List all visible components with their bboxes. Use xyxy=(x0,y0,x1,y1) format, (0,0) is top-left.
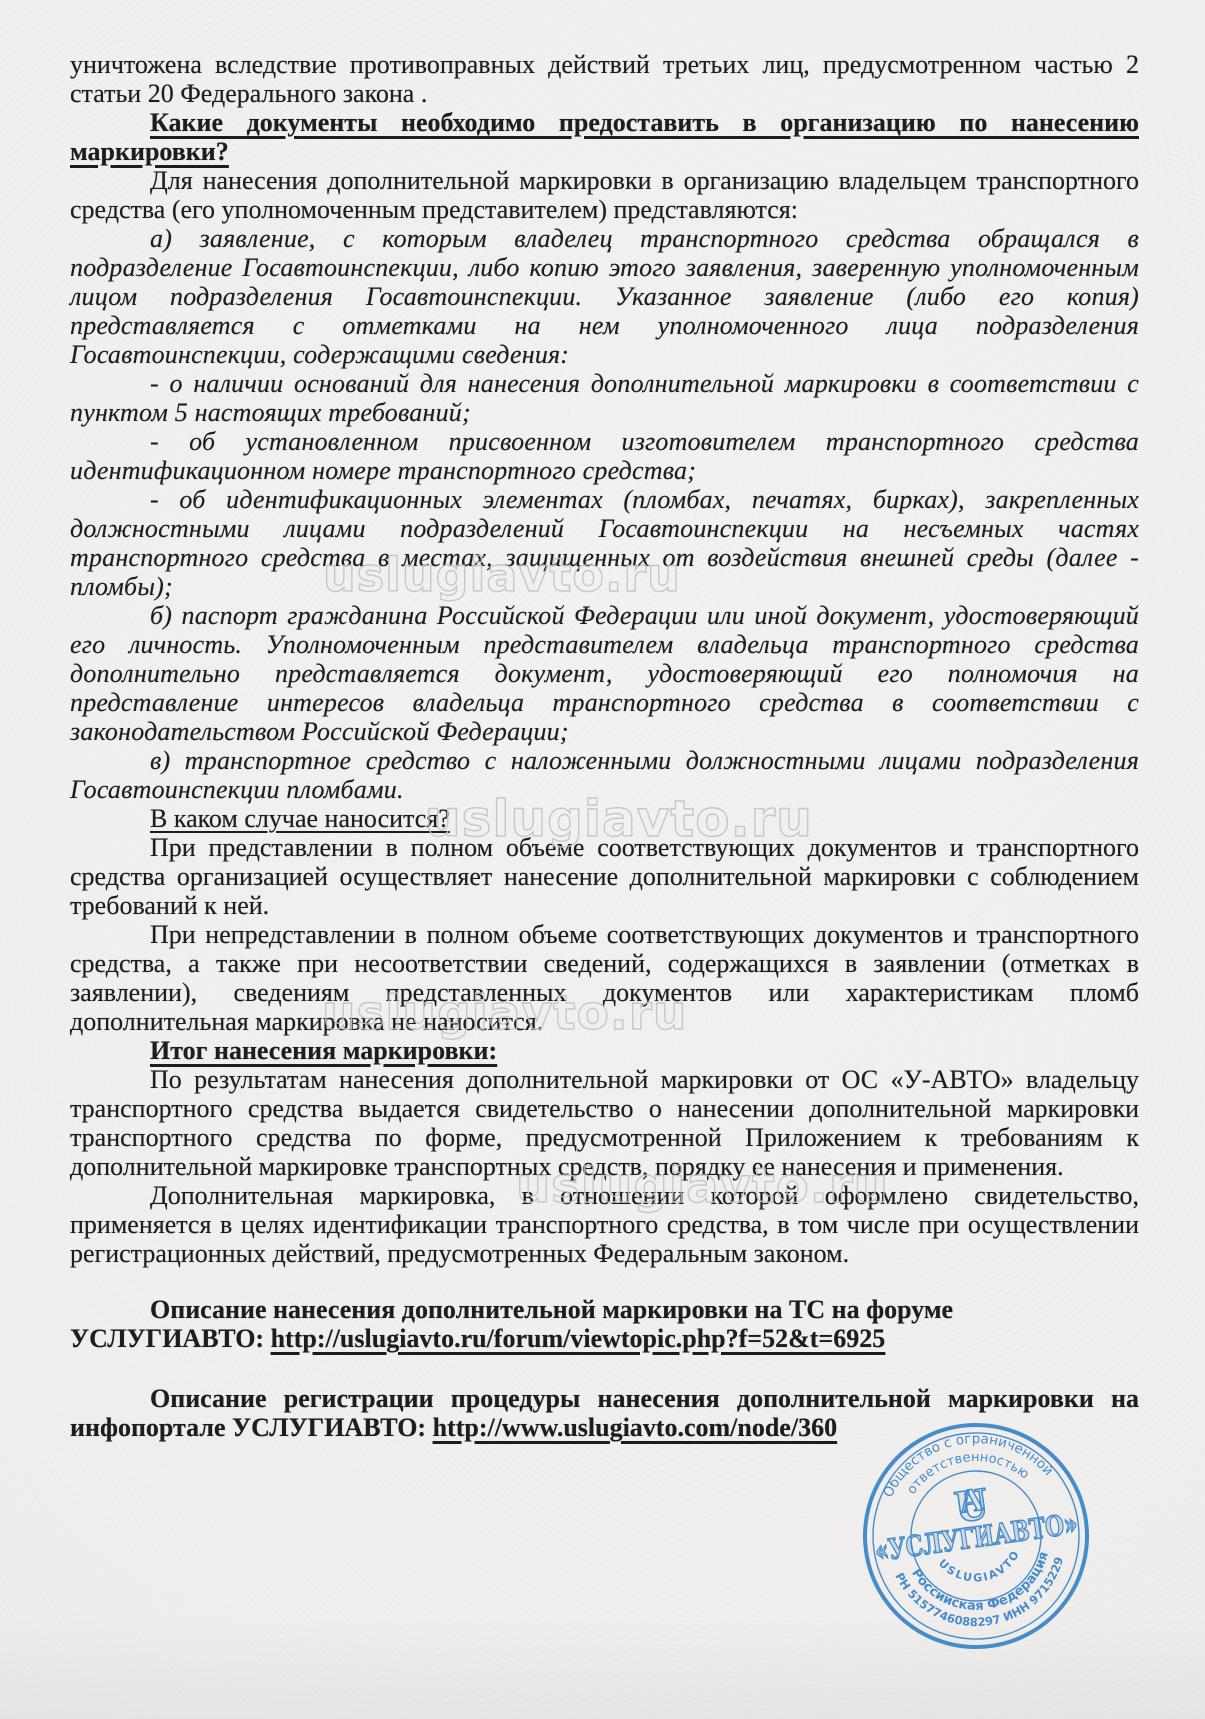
paragraph-full-submission: При представлении в полном объеме соотве… xyxy=(70,833,1139,920)
paragraph-item-b: б) паспорт гражданина Российской Федерац… xyxy=(70,601,1139,746)
heading-marking-result: Итог нанесения маркировки: xyxy=(70,1036,1139,1065)
paragraph-dash-1: - о наличии оснований для нанесения допо… xyxy=(70,369,1139,427)
paragraph-item-v: в) транспортное средство с наложенными д… xyxy=(70,746,1139,804)
paragraph-certificate: По результатам нанесения дополнительной … xyxy=(70,1065,1139,1181)
stamp-seal-icon: Общество с ограниченной ответственностью… xyxy=(840,1400,1111,1671)
paragraph-submission-intro: Для нанесения дополнительной маркировки … xyxy=(70,166,1139,224)
document-text: уничтожена вследствие противоправных дей… xyxy=(70,50,1139,1442)
paragraph-dash-2: - об установленном присвоенном изготовит… xyxy=(70,427,1139,485)
paragraph-item-a: а) заявление, с которым владелец транспо… xyxy=(70,224,1139,369)
heading-documents-question: Какие документы необходимо предоставить … xyxy=(70,108,1139,166)
stamp-monogram-a: А xyxy=(957,1482,986,1521)
stamp-latin-name: ·USLUGIAVTO· xyxy=(840,1401,1026,1601)
document-url[interactable]: http://uslugiavto.ru/forum/viewtopic.php… xyxy=(271,1324,886,1353)
paragraph-dash-3: - об идентификационных элементах (пломба… xyxy=(70,485,1139,601)
paragraph-intro: уничтожена вследствие противоправных дей… xyxy=(70,50,1139,108)
company-stamp: Общество с ограниченной ответственностью… xyxy=(840,1400,1111,1671)
paragraph-forum-link: Описание нанесения дополнительной маркир… xyxy=(70,1295,1139,1353)
paragraph-incomplete-submission: При непредставлении в полном объеме соот… xyxy=(70,920,1139,1036)
paragraph-marking-usage: Дополнительная маркировка, в отношении к… xyxy=(70,1181,1139,1268)
heading-when-applied: В каком случае наносится? xyxy=(70,804,1139,833)
document-url[interactable]: http://www.uslugiavto.com/node/360 xyxy=(433,1413,838,1442)
document-page: уничтожена вследствие противоправных дей… xyxy=(0,0,1205,1719)
